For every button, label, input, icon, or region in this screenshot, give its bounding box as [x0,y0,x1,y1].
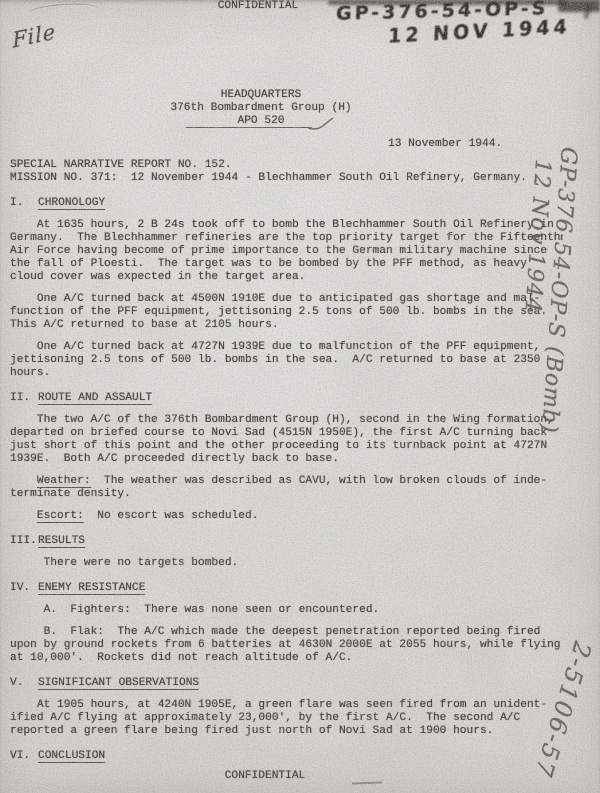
section-number: II. [10,392,38,405]
text-line: function of the PFF equipment, jettisoni… [10,306,596,319]
section-heading: III.RESULTS [10,535,596,548]
letterhead-underline [186,127,312,128]
letterhead-org: HEADQUARTERS [158,89,364,102]
section-number: VI. [10,750,38,763]
section-number: IV. [10,582,38,595]
text-line: Escort: No escort was scheduled. [10,510,596,523]
section-number: V. [10,677,38,690]
section-title: ENEMY RESISTANCE [38,582,145,595]
section-title: CONCLUSION [38,750,105,763]
pen-dash-mark [352,781,382,785]
text-line: jettisoning 2.5 tons of 500 lb. bombs in… [10,354,596,367]
text-line: There were no targets bombed. [10,557,596,570]
text-line: A. Fighters: There was none seen or enco… [10,604,596,617]
section-heading: V.SIGNIFICANT OBSERVATIONS [10,677,596,690]
section-title: CHRONOLOGY [38,197,105,210]
text-line: departed on briefed course to Novi Sad (… [10,427,596,440]
section-heading: I.CHRONOLOGY [10,197,596,210]
document-paragraph: There were no targets bombed. [10,557,596,570]
text-line: just short of this point and the other p… [10,440,596,453]
section-heading: II.ROUTE AND ASSAULT [10,392,596,405]
document-paragraph: One A/C turned back at 4500N 1910E due t… [10,293,596,332]
text-line: 1939E. Both A/C proceeded directly back … [10,453,596,466]
report-date: 13 November 1944. [388,138,502,151]
section-title: RESULTS [38,535,85,548]
section-title: ROUTE AND ASSAULT [38,392,152,405]
letterhead-group: 376th Bombardment Group (H) [158,102,364,115]
text-line: the fall of Ploesti. The target was to b… [10,258,596,271]
document-paragraph: A. Fighters: There was none seen or enco… [10,604,596,617]
section-number: I. [10,197,38,210]
scan-smudge [558,0,600,12]
text-line: cloud cover was expected in the target a… [10,271,596,284]
document-paragraph: Weather: The weather was described as CA… [10,475,596,501]
document-paragraph: At 1905 hours, at 4240N 1905E, a green f… [10,699,596,738]
text-line: At 1635 hours, 2 B 24s took off to bomb … [10,219,596,232]
text-line: reported a green flare being fired just … [10,725,596,738]
document-body: I.CHRONOLOGY At 1635 hours, 2 B 24s took… [10,185,596,763]
letterhead-underline-curl [308,117,334,130]
scanned-report-page: File GP-376-54-OP-S 12 NOV 1944 CONFIDEN… [0,0,600,793]
text-line: Germany. The Blechhammer refineries are … [10,232,596,245]
document-paragraph: The two A/C of the 376th Bombardment Gro… [10,414,596,466]
handwritten-file-note: File [12,25,56,47]
text-line: Air Force having become of prime importa… [10,245,596,258]
text-line: terminate density. [10,488,596,501]
text-line: upon by ground rockets from 6 batteries … [10,639,596,652]
report-number-line: SPECIAL NARRATIVE REPORT NO. 152. [10,159,232,172]
text-line: This A/C returned to base at 2105 hours. [10,319,596,332]
text-line: B. Flak: The A/C which made the deepest … [10,626,596,639]
text-line: At 1905 hours, at 4240N 1905E, a green f… [10,699,596,712]
section-title: SIGNIFICANT OBSERVATIONS [38,677,199,690]
text-line: at 10,000'. Rockets did not reach altitu… [10,652,596,665]
classification-footer: CONFIDENTIAL [0,770,530,783]
text-line: One A/C turned back at 4500N 1910E due t… [10,293,596,306]
document-paragraph: At 1635 hours, 2 B 24s took off to bomb … [10,219,596,284]
section-heading: VI.CONCLUSION [10,750,596,763]
text-line: Weather: The weather was described as CA… [10,475,596,488]
text-line: hours. [10,367,596,380]
text-line: One A/C turned back at 4727N 1939E due t… [10,341,596,354]
document-paragraph: One A/C turned back at 4727N 1939E due t… [10,341,596,380]
mission-line: MISSION NO. 371: 12 November 1944 - Blec… [10,172,527,185]
document-paragraph: B. Flak: The A/C which made the deepest … [10,626,596,665]
handwritten-date-stamp: 12 NOV 1944 [388,21,571,44]
document-paragraph: Escort: No escort was scheduled. [10,510,596,523]
section-heading: IV.ENEMY RESISTANCE [10,582,596,595]
section-number: III. [10,535,38,548]
text-line: The two A/C of the 376th Bombardment Gro… [10,414,596,427]
classification-header: CONFIDENTIAL [0,0,516,13]
text-line: ified A/C flying at approximately 23,000… [10,712,596,725]
